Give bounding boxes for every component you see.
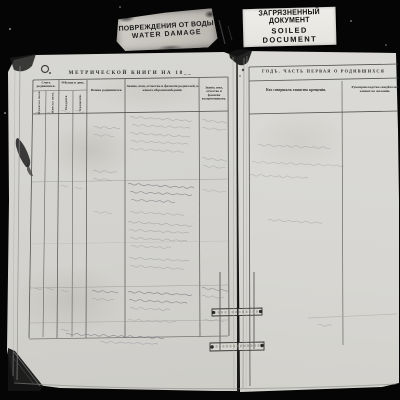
dust-speck xyxy=(9,28,11,30)
left-page-title: МЕТРИЧЕСКОЙ КНИГИ НА 18__ xyxy=(33,70,228,79)
col-header-male-count: Мужеска пола. xyxy=(33,92,46,112)
col-header-names: Имена родившихся. xyxy=(88,88,125,96)
col-header-parents: Званіе, имя, отчество и фамилія родителе… xyxy=(126,84,199,100)
dust-speck xyxy=(350,20,352,22)
left-page-title-text: МЕТРИЧЕСКОЙ КНИГИ НА 18__ xyxy=(33,70,228,76)
damage-label-soiled: ЗАГРЯЗНЕННЫЙ ДОКУМЕНТ SOILED DOCUMENT xyxy=(243,7,337,47)
dust-speck xyxy=(4,112,6,114)
dust-speck xyxy=(385,44,387,46)
smudge xyxy=(157,44,183,52)
soiled-document-label-russian: ЗАГРЯЗНЕННЫЙ ДОКУМЕНТ xyxy=(243,8,336,26)
soiled-document-label-english: SOILED DOCUMENT xyxy=(243,25,336,45)
smudge xyxy=(204,10,216,19)
col-header-baptism-date: Крещенія. xyxy=(74,92,87,112)
damage-label-water: ПОВРЕЖДЕНИЯ ОТ ВОДЫ WATER DAMAGE xyxy=(115,8,218,53)
col-header-month-day: Мѣсяцъ и день. xyxy=(59,81,87,88)
col-header-witness-signatures: Рукоприкладство свидѣтелей записи по жел… xyxy=(347,85,400,101)
scanned-book-spread: МЕТРИЧЕСКОЙ КНИГИ НА 18__ Счетъ родивших… xyxy=(0,0,400,400)
col-header-officiant: Кто совершалъ таинство крещенія. xyxy=(252,88,340,97)
col-header-birth-date: Рожденія. xyxy=(60,92,73,112)
smudge xyxy=(117,13,136,23)
dust-speck xyxy=(119,6,121,8)
right-page-title: ГОДЪ. ЧАСТЬ ПЕРВАЯ О РОДИВШИХСЯ xyxy=(250,69,397,78)
col-header-female-count: Женска пола. xyxy=(46,92,59,112)
col-header-godparents: Званіе, имя, отчество и фамилія воспріем… xyxy=(200,86,228,116)
